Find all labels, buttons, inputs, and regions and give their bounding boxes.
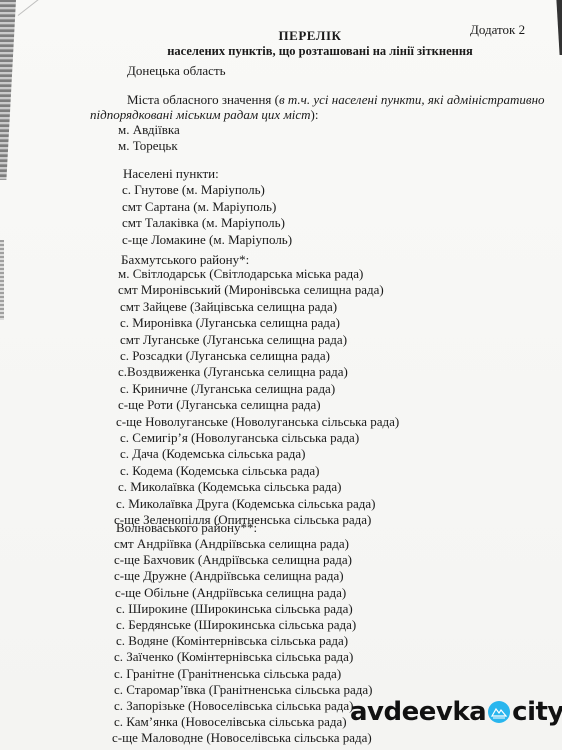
- list-item: с-ще Обільне (Андріївська селищна рада): [115, 585, 346, 601]
- list-item: смт Андріївка (Андріївська селищна рада): [114, 536, 349, 552]
- list-item: м. Авдіївка: [118, 122, 180, 138]
- list-item: с. Криничне (Луганська селищна рада): [120, 381, 335, 397]
- cities-intro-text: ):: [311, 107, 319, 122]
- document-page: Додаток 2 ПЕРЕЛІК населених пунктів, що …: [0, 0, 562, 750]
- list-item: с. Розсадки (Луганська селищна рада): [120, 348, 330, 364]
- list-item: с.Воздвиженка (Луганська селищна рада): [118, 364, 348, 380]
- list-item: с-ще Новолуганське (Новолуганська сільсь…: [116, 414, 399, 430]
- list-item: с-ще Дружне (Андріївська селищна рада): [114, 568, 344, 584]
- volnovakha-heading: Волноваського району**:: [116, 520, 257, 536]
- page-edge-shadow: [0, 0, 16, 180]
- list-item: с-ще Бахчовик (Андріївська селищна рада): [114, 552, 352, 568]
- cities-intro-italic: в т.ч. усі населені пункти, які адмініст…: [279, 92, 545, 107]
- list-item: с. Старомар’ївка (Гранітненська сільська…: [114, 682, 372, 698]
- list-item: с. Водяне (Комінтернівська сільська рада…: [116, 633, 348, 649]
- list-item: с. Гнутове (м. Маріуполь): [122, 182, 265, 198]
- list-item: смт Талаківка (м. Маріуполь): [122, 215, 285, 231]
- document-title: ПЕРЕЛІК: [0, 28, 562, 44]
- list-item: с. Широкине (Широкинська сільська рада): [116, 601, 353, 617]
- list-item: м. Торецьк: [118, 138, 178, 154]
- list-item: с. Кам’янка (Новоселівська сільська рада…: [114, 714, 347, 730]
- list-item: с. Дача (Кодемська сільська рада): [120, 446, 306, 462]
- list-item: с-ще Ломакине (м. Маріуполь): [122, 232, 292, 248]
- list-item: с. Миколаївка Друга (Кодемська сільська …: [116, 496, 376, 512]
- cities-intro-cont: підпорядковані міським радам цих міст):: [90, 107, 318, 123]
- page-edge-shadow: [0, 240, 4, 320]
- pen-mark: [18, 0, 58, 16]
- watermark-logo: avdeevka city: [350, 696, 562, 728]
- list-item: м. Світлодарськ (Світлодарська міська ра…: [118, 266, 363, 282]
- watermark-text: avdeevka: [350, 697, 486, 727]
- list-item: с. Кодема (Кодемська сільська рада): [120, 463, 320, 479]
- list-item: смт Миронівський (Миронівська селищна ра…: [118, 282, 384, 298]
- list-item: с-ще Маловодне (Новоселівська сільська р…: [112, 730, 372, 746]
- settlements-heading: Населені пункти:: [123, 166, 219, 182]
- list-item: с. Запорізьке (Новоселівська сільська ра…: [114, 698, 353, 714]
- list-item: с. Миколаївка (Кодемська сільська рада): [118, 479, 341, 495]
- list-item: с. Миронівка (Луганська селищна рада): [120, 315, 340, 331]
- list-item: смт Луганське (Луганська селищна рада): [120, 332, 347, 348]
- cities-intro: Міста обласного значення (в т.ч. усі нас…: [127, 92, 545, 108]
- mountain-logo-icon: [488, 701, 510, 723]
- cities-intro-italic: підпорядковані міським радам цих міст: [90, 107, 311, 122]
- cities-intro-text: Міста обласного значення (: [127, 92, 279, 107]
- list-item: с. Гранітне (Гранітненська сільська рада…: [114, 666, 341, 682]
- list-item: с. Бердянське (Широкинська сільська рада…: [116, 617, 356, 633]
- document-subtitle: населених пунктів, що розташовані на лін…: [0, 44, 562, 59]
- list-item: смт Зайцеве (Зайцівська селищна рада): [120, 299, 337, 315]
- list-item: смт Сартана (м. Маріуполь): [122, 199, 276, 215]
- watermark-text: city: [512, 697, 562, 727]
- list-item: с. Заїченко (Комінтернівська сільська ра…: [114, 649, 353, 665]
- list-item: с. Семигір’я (Новолуганська сільська рад…: [120, 430, 359, 446]
- list-item: с-ще Роти (Луганська селищна рада): [118, 397, 321, 413]
- region-heading: Донецька область: [127, 63, 226, 79]
